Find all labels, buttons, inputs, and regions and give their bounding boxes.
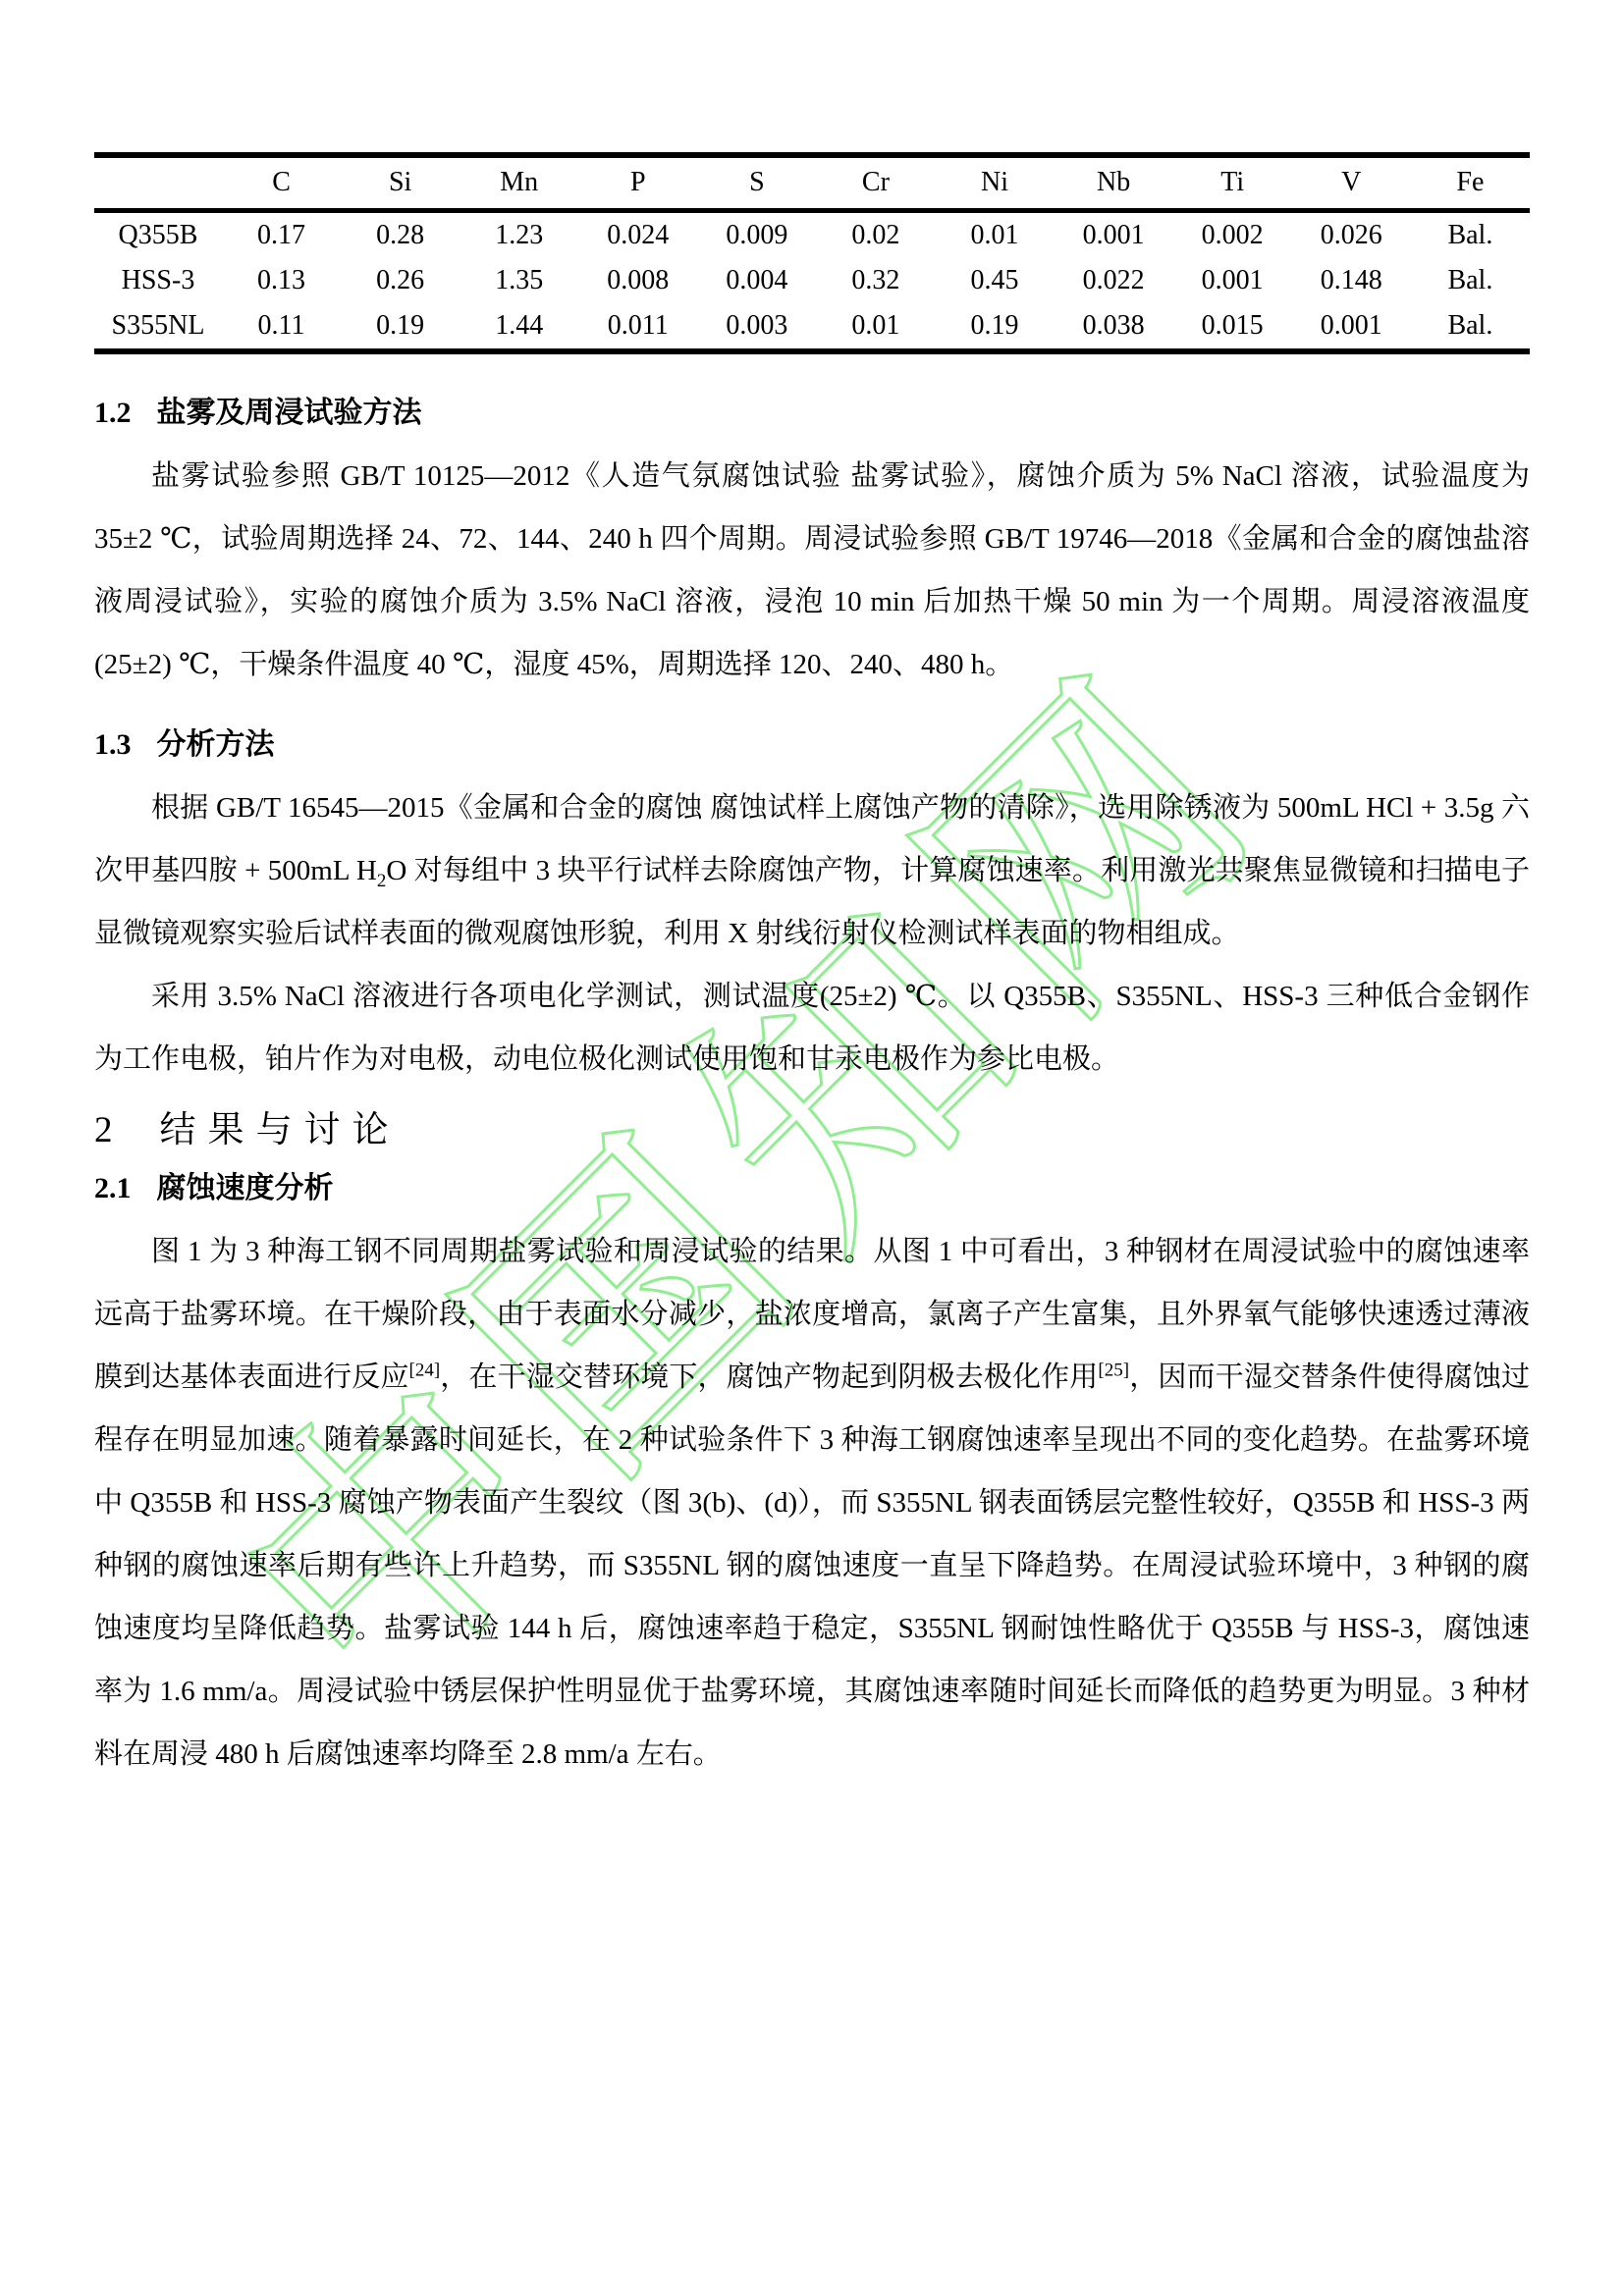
section-title: 结果与讨论 <box>160 1110 401 1150</box>
citation-24: [24] <box>409 1360 441 1380</box>
table-header-cell: Ti <box>1173 155 1292 211</box>
table-cell: Bal. <box>1411 303 1530 351</box>
page-content: C Si Mn P S Cr Ni Nb Ti V Fe Q355B 0.17 <box>0 0 1624 1786</box>
section-heading-1-3: 1.3分析方法 <box>94 725 1530 765</box>
table-cell: 0.009 <box>697 211 816 259</box>
section-number: 1.3 <box>94 728 132 761</box>
table-cell: 0.001 <box>1173 258 1292 303</box>
table-cell: 0.004 <box>697 258 816 303</box>
table-header-cell: Cr <box>816 155 935 211</box>
table-header-cell: C <box>222 155 341 211</box>
section-heading-1-2: 1.2盐雾及周浸试验方法 <box>94 394 1530 433</box>
section-heading-2-1: 2.1腐蚀速度分析 <box>94 1169 1530 1208</box>
table-header-cell: Nb <box>1055 155 1173 211</box>
table-cell: 0.28 <box>341 211 460 259</box>
table-header-row: C Si Mn P S Cr Ni Nb Ti V Fe <box>94 155 1530 211</box>
table-cell: 0.038 <box>1055 303 1173 351</box>
table-header-cell: P <box>578 155 697 211</box>
table-row-label: Q355B <box>94 211 222 259</box>
table-row: Q355B 0.17 0.28 1.23 0.024 0.009 0.02 0.… <box>94 211 1530 259</box>
table-row: HSS-3 0.13 0.26 1.35 0.008 0.004 0.32 0.… <box>94 258 1530 303</box>
table-header-cell: Ni <box>935 155 1054 211</box>
table-cell: 0.45 <box>935 258 1054 303</box>
paragraph-salt-spray-method: 盐雾试验参照 GB/T 10125—2012《人造气氛腐蚀试验 盐雾试验》，腐蚀… <box>94 445 1530 696</box>
table-cell: 0.011 <box>578 303 697 351</box>
table-cell: 0.002 <box>1173 211 1292 259</box>
table-cell: 1.23 <box>460 211 578 259</box>
document-page: 中国知网 C Si Mn P S Cr Ni Nb Ti <box>0 0 1624 2296</box>
table-header-cell: S <box>697 155 816 211</box>
paragraph-electrochemical: 采用 3.5% NaCl 溶液进行各项电化学测试，测试温度(25±2) ℃。以 … <box>94 965 1530 1091</box>
table-cell: 0.001 <box>1055 211 1173 259</box>
paragraph-analysis-method: 根据 GB/T 16545—2015《金属和合金的腐蚀 腐蚀试样上腐蚀产物的清除… <box>94 776 1530 965</box>
table-cell: 0.148 <box>1292 258 1411 303</box>
section-number: 2.1 <box>94 1172 132 1204</box>
table-cell: 0.022 <box>1055 258 1173 303</box>
table-header-cell <box>94 155 222 211</box>
paragraph-text: 盐雾试验参照 GB/T 10125—2012《人造气氛腐蚀试验 盐雾试验》，腐蚀… <box>94 460 1530 680</box>
table-cell: 0.026 <box>1292 211 1411 259</box>
citation-25: [25] <box>1098 1360 1129 1380</box>
table-cell: 0.19 <box>935 303 1054 351</box>
table-row-label: S355NL <box>94 303 222 351</box>
section-number: 1.2 <box>94 397 132 429</box>
table-cell: 0.11 <box>222 303 341 351</box>
section-title: 分析方法 <box>157 728 275 761</box>
table-cell: 0.015 <box>1173 303 1292 351</box>
paragraph-text: ，因而干湿交替条件使得腐蚀过程存在明显加速。随着暴露时间延长，在 2 种试验条件… <box>94 1362 1530 1770</box>
table-cell: 1.44 <box>460 303 578 351</box>
table-cell: 0.17 <box>222 211 341 259</box>
section-number: 2 <box>94 1110 113 1150</box>
table-cell: 0.13 <box>222 258 341 303</box>
table-cell: Bal. <box>1411 258 1530 303</box>
paragraph-text: 采用 3.5% NaCl 溶液进行各项电化学测试，测试温度(25±2) ℃。以 … <box>94 981 1530 1075</box>
composition-table: C Si Mn P S Cr Ni Nb Ti V Fe Q355B 0.17 <box>94 152 1530 354</box>
table-cell: 0.19 <box>341 303 460 351</box>
table-cell: 1.35 <box>460 258 578 303</box>
table-row-label: HSS-3 <box>94 258 222 303</box>
table-cell: 0.003 <box>697 303 816 351</box>
table-cell: 0.024 <box>578 211 697 259</box>
paragraph-corrosion-rate: 图 1 为 3 种海工钢不同周期盐雾试验和周浸试验的结果。从图 1 中可看出，3… <box>94 1220 1530 1786</box>
table-cell: 0.01 <box>935 211 1054 259</box>
section-heading-2: 2结果与讨论 <box>94 1106 1530 1155</box>
table-cell: 0.32 <box>816 258 935 303</box>
table-cell: 0.26 <box>341 258 460 303</box>
table-row: S355NL 0.11 0.19 1.44 0.011 0.003 0.01 0… <box>94 303 1530 351</box>
subscript-h2o: 2 <box>377 871 387 891</box>
paragraph-text: ，在干湿交替环境下，腐蚀产物起到阴极去极化作用 <box>440 1362 1098 1393</box>
section-title: 腐蚀速度分析 <box>157 1172 334 1204</box>
table-header-cell: Si <box>341 155 460 211</box>
table-header-cell: Fe <box>1411 155 1530 211</box>
table-cell: 0.01 <box>816 303 935 351</box>
table-header-cell: V <box>1292 155 1411 211</box>
table-cell: 0.001 <box>1292 303 1411 351</box>
table-cell: 0.02 <box>816 211 935 259</box>
section-title: 盐雾及周浸试验方法 <box>157 397 422 429</box>
table-header-cell: Mn <box>460 155 578 211</box>
table-cell: 0.008 <box>578 258 697 303</box>
table-cell: Bal. <box>1411 211 1530 259</box>
